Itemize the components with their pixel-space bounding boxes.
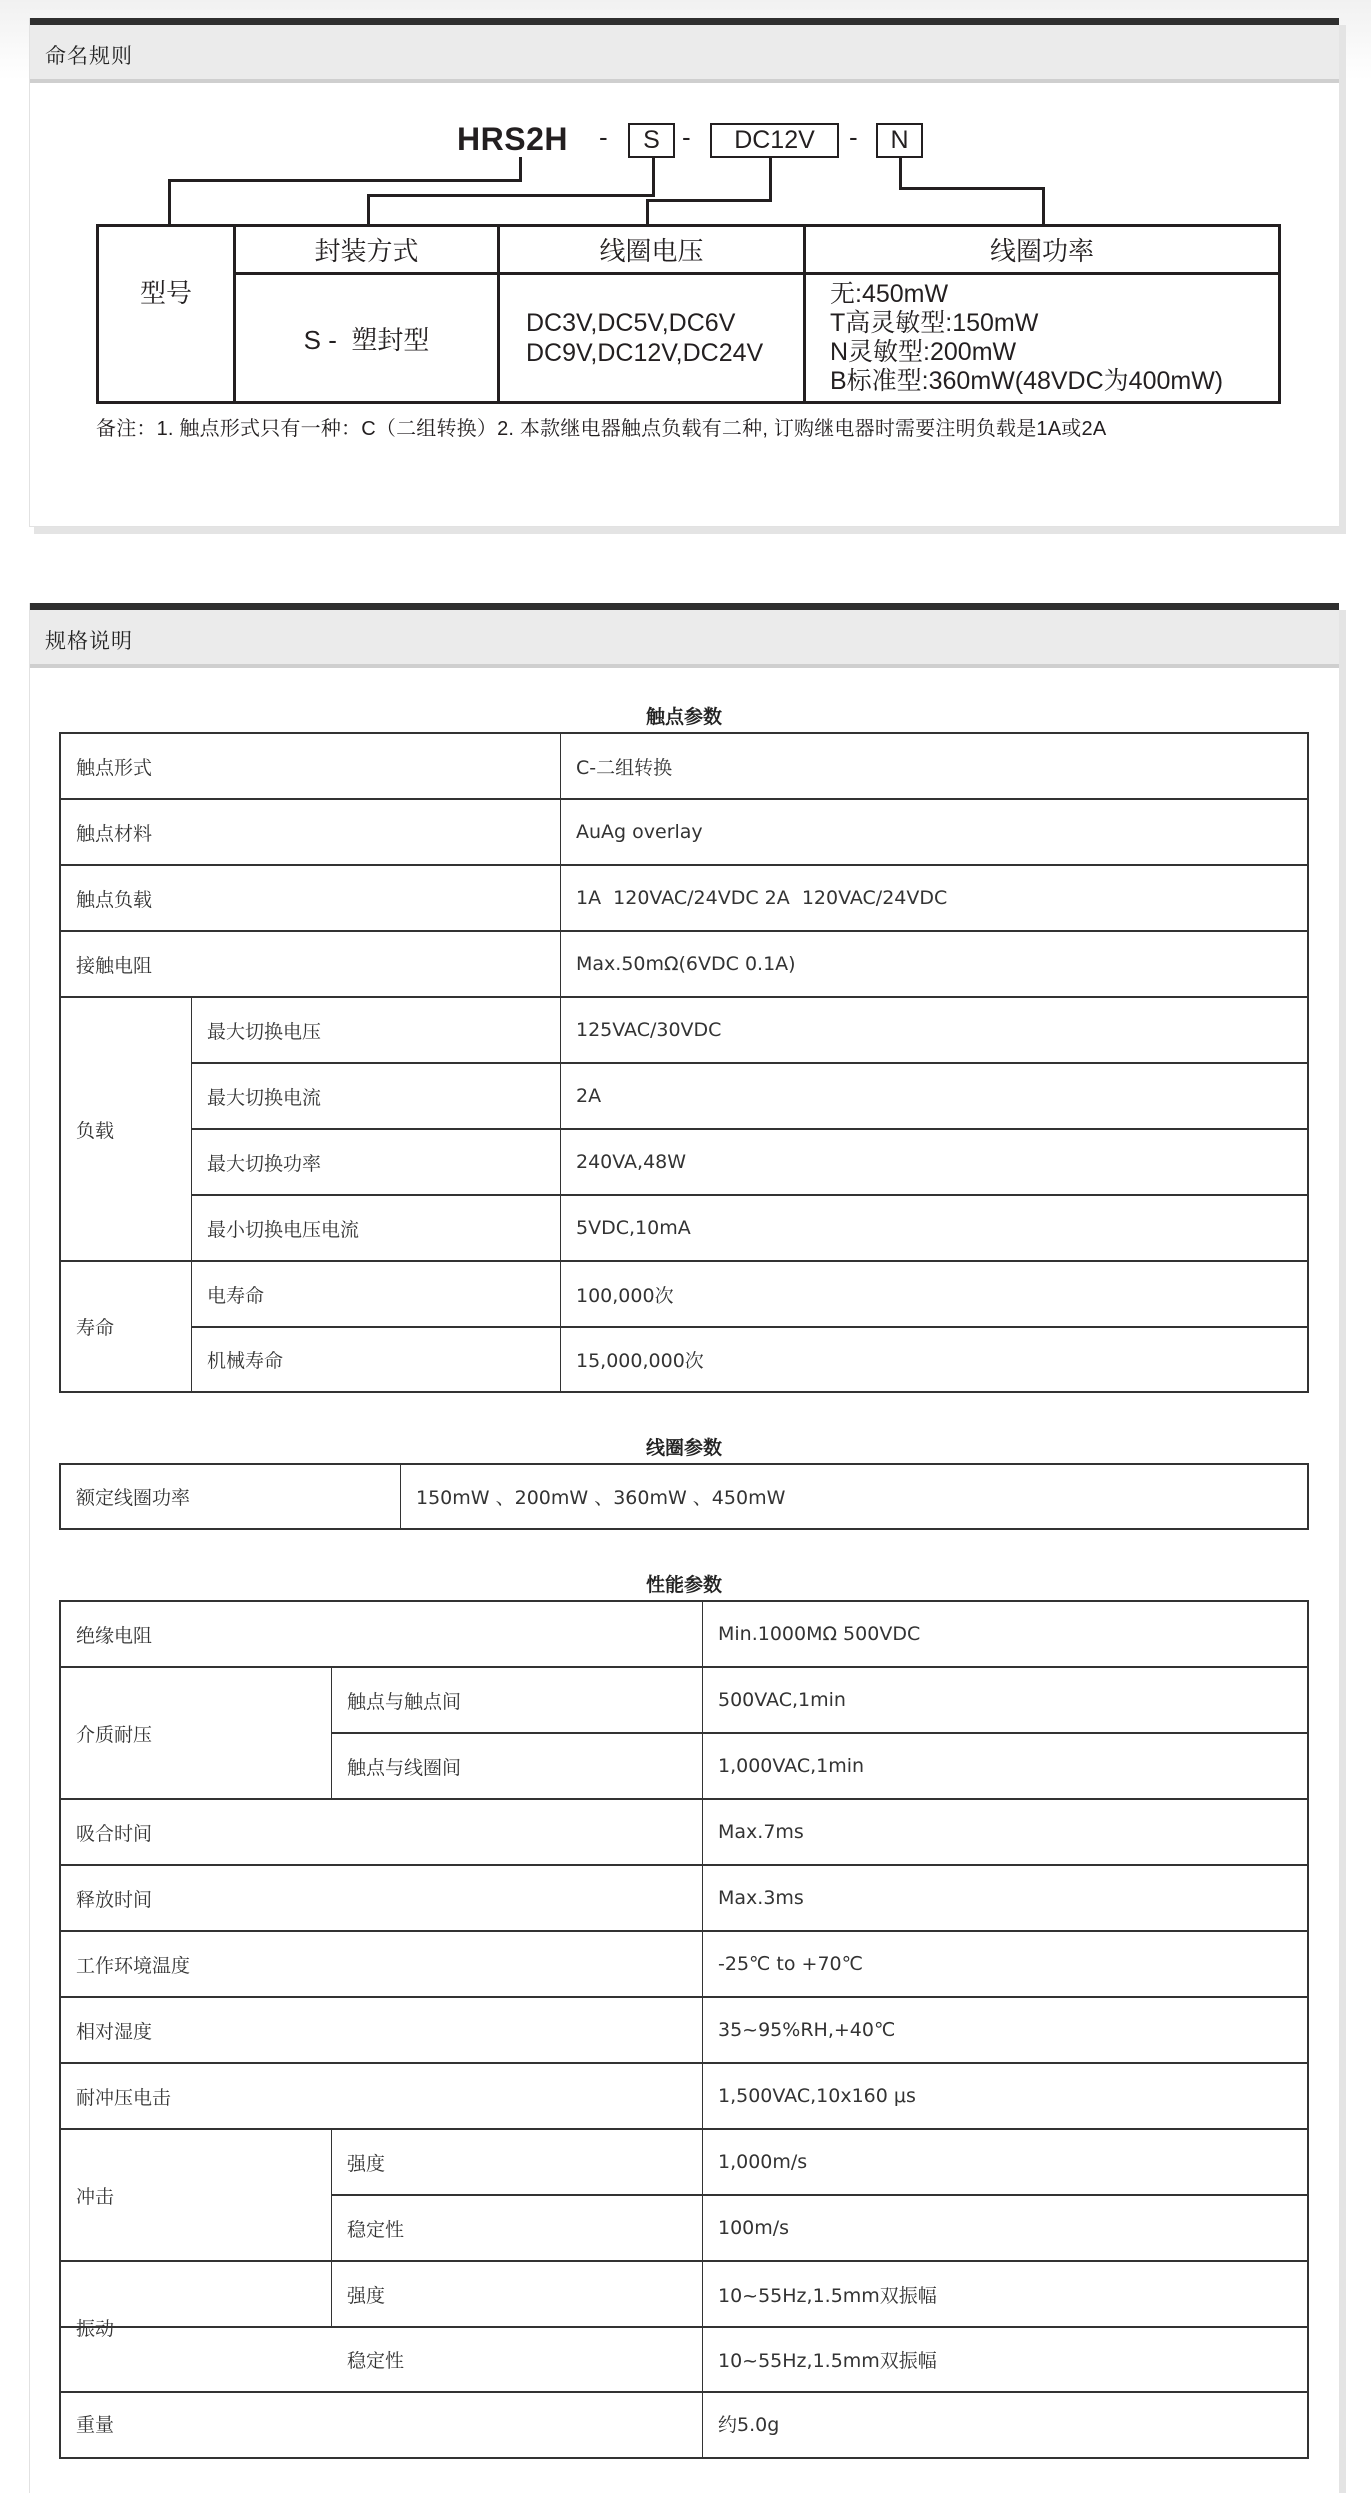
connector-line [769,157,772,202]
connector-line [646,199,772,202]
package-code-box: S [628,123,675,158]
power-line: B标准型:360mW(48VDC为400mW) [830,367,1223,396]
connector-line [899,157,902,189]
model-code-base: HRS2H [457,121,568,158]
row-header-model: 型号 [99,227,233,355]
naming-table: 型号 封装方式 线圈电压 线圈功率 S - 塑封型 DC3V,DC5V,DC6V… [96,224,1281,404]
performance-params-table: 绝缘电阻 Min.1000MΩ 500VDC 介质耐压 触点与触点间 500VA… [59,1600,1309,2393]
group-label-dielectric: 介质耐压 [61,1668,331,1798]
column-header-coil-power: 线圈功率 [806,227,1278,272]
row-label: 额定线圈功率 [61,1465,400,1528]
row-label: 最小切换电压电流 [192,1196,560,1260]
group-label-load: 负载 [61,998,191,1260]
row-value: 15,000,000次 [561,1328,1307,1391]
row-value: Max.50mΩ(6VDC 0.1A) [561,932,1307,996]
row-value: 10~55Hz,1.5mm双振幅 [703,2328,1307,2391]
column-header-package: 封装方式 [236,227,497,272]
coil-params-table: 额定线圈功率 150mW 、200mW 、360mW 、450mW [59,1463,1309,1530]
group-label-life: 寿命 [61,1262,191,1391]
connector-line [652,157,655,197]
code-separator: - [682,122,691,153]
panel-header: 规格说明 [30,610,1339,668]
row-label: 触点材料 [61,800,560,864]
row-value: 1,000m/s [703,2130,1307,2194]
power-line: N灵敏型:200mW [830,338,1016,367]
panel-shadow [1339,610,1346,2493]
row-label: 机械寿命 [192,1328,560,1391]
voltage-code-box: DC12V [710,123,839,158]
row-value: 5VDC,10mA [561,1196,1307,1260]
power-line: 无:450mW [830,280,948,309]
row-label: 稳定性 [332,2328,702,2391]
row-label: 触点形式 [61,734,560,798]
row-value: Max.3ms [703,1866,1307,1930]
row-value: 10~55Hz,1.5mm双振幅 [703,2262,1307,2326]
row-value: -25℃ to +70℃ [703,1932,1307,1996]
row-label: 工作环境温度 [61,1932,702,1996]
row-value: 125VAC/30VDC [561,998,1307,1062]
contact-params-caption: 触点参数 [29,702,1339,729]
row-value: 1,500VAC,10x160 μs [703,2064,1307,2128]
row-label: 绝缘电阻 [61,1602,702,1666]
naming-note: 备注：1. 触点形式只有一种：C（二组转换）2. 本款继电器触点负载有二种, 订… [96,412,1106,441]
package-options: S - 塑封型 [236,275,497,401]
connector-line [519,157,522,181]
code-separator: - [849,122,858,153]
connector-line [168,179,171,225]
contact-params-table: 触点形式 C-二组转换 触点材料 AuAg overlay 触点负载 1A 12… [59,732,1309,1393]
row-value: 2A [561,1064,1307,1128]
row-label: 相对湿度 [61,1998,702,2062]
performance-params-caption: 性能参数 [29,1570,1339,1597]
row-label: 释放时间 [61,1866,702,1930]
row-value: 35~95%RH,+40℃ [703,1998,1307,2062]
row-value: 100,000次 [561,1262,1307,1326]
row-value: 150mW 、200mW 、360mW 、450mW [401,1465,1307,1528]
connector-line [646,199,649,225]
row-value: 1A 120VAC/24VDC 2A 120VAC/24VDC [561,866,1307,930]
panel-top-bar [30,603,1339,610]
column-header-coil-voltage: 线圈电压 [500,227,803,272]
voltage-line: DC3V,DC5V,DC6V [526,308,735,338]
connector-line [367,194,655,197]
row-label: 触点与触点间 [332,1668,702,1732]
row-label: 最大切换电压 [192,998,560,1062]
row-value: 240VA,48W [561,1130,1307,1194]
code-separator: - [599,122,608,153]
row-value: 100m/s [703,2196,1307,2260]
row-value: AuAg overlay [561,800,1307,864]
connector-line [899,187,1045,190]
coil-params-caption: 线圈参数 [29,1433,1339,1460]
group-label-shock: 冲击 [61,2130,331,2260]
row-value: 1,000VAC,1min [703,1734,1307,1798]
row-label: 接触电阻 [61,932,560,996]
row-label: 触点与线圈间 [332,1734,702,1798]
power-code-box: N [876,123,923,158]
row-value: Max.7ms [703,1800,1307,1864]
row-value: 约5.0g [703,2390,1307,2457]
row-label: 吸合时间 [61,1800,702,1864]
voltage-line: DC9V,DC12V,DC24V [526,338,763,368]
coil-voltage-options: DC3V,DC5V,DC6V DC9V,DC12V,DC24V [500,275,803,401]
connector-line [367,194,370,225]
row-value: C-二组转换 [561,734,1307,798]
performance-params-table-weight: 重量 约5.0g [59,2390,1309,2459]
row-value: Min.1000MΩ 500VDC [703,1602,1307,1666]
row-label: 最大切换功率 [192,1130,560,1194]
row-label: 稳定性 [332,2196,702,2260]
connector-line [168,179,522,182]
group-label-vibration: 振动 [61,2262,331,2392]
row-label: 最大切换电流 [192,1064,560,1128]
power-line: T高灵敏型:150mW [830,309,1038,338]
connector-line [1042,187,1045,225]
row-label: 强度 [332,2130,702,2194]
row-label: 重量 [61,2390,702,2457]
row-value: 500VAC,1min [703,1668,1307,1732]
row-label: 耐冲压电击 [61,2064,702,2128]
coil-power-options: 无:450mW T高灵敏型:150mW N灵敏型:200mW B标准型:360m… [806,275,1278,401]
naming-diagram: HRS2H - S - DC12V - N 型号 封装方式 线圈电压 线圈功率 … [0,0,1371,540]
row-label: 触点负载 [61,866,560,930]
row-label: 强度 [332,2262,702,2326]
panel-title: 规格说明 [45,625,133,655]
row-label: 电寿命 [192,1262,560,1326]
